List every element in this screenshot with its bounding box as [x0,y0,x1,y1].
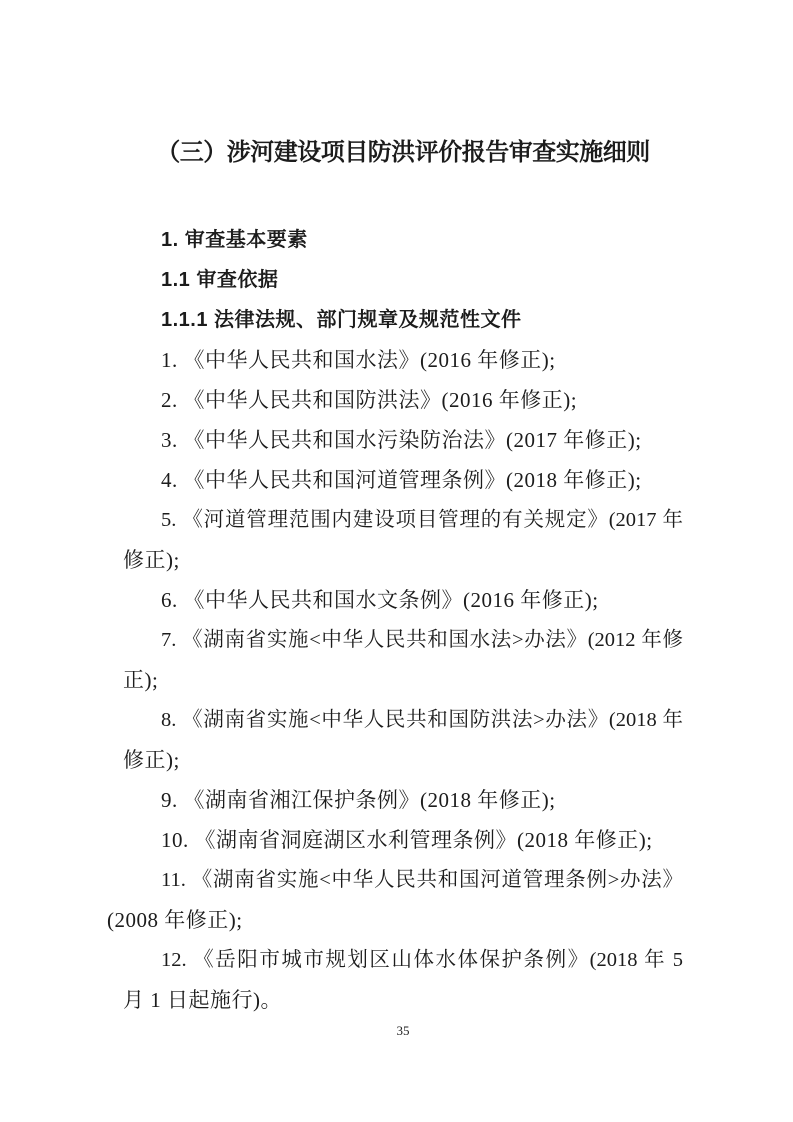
page-number: 35 [123,1022,683,1040]
list-item-line: (2008 年修正); [123,900,683,940]
document-page: （三）涉河建设项目防洪评价报告审查实施细则 1. 审查基本要素1.1 审查依据1… [0,0,793,1122]
list-item-line: 10. 《湖南省洞庭湖区水利管理条例》(2018 年修正); [123,820,683,860]
section-heading: 1.1 审查依据 [123,260,683,300]
list-item-line: 4. 《中华人民共和国河道管理条例》(2018 年修正); [123,460,683,500]
list-item: 11. 《湖南省实施<中华人民共和国河道管理条例>办法》(2008 年修正); [123,860,683,940]
list-item-line: 6. 《中华人民共和国水文条例》(2016 年修正); [123,580,683,620]
list-item: 12. 《岳阳市城市规划区山体水体保护条例》(2018 年 5月 1 日起施行)… [123,940,683,1020]
list-item: 1. 《中华人民共和国水法》(2016 年修正); [123,340,683,380]
list-item: 8. 《湖南省实施<中华人民共和国防洪法>办法》(2018 年修正); [123,700,683,780]
list-item: 6. 《中华人民共和国水文条例》(2016 年修正); [123,580,683,620]
list-item-line: 修正); [123,740,683,780]
document-body: 1. 审查基本要素1.1 审查依据1.1.1 法律法规、部门规章及规范性文件1.… [123,220,683,1020]
page-title: （三）涉河建设项目防洪评价报告审查实施细则 [123,136,683,170]
list-item-line: 1. 《中华人民共和国水法》(2016 年修正); [123,340,683,380]
section-heading: 1.1.1 法律法规、部门规章及规范性文件 [123,300,683,340]
list-item-line: 12. 《岳阳市城市规划区山体水体保护条例》(2018 年 5 [123,940,683,980]
section-heading: 1. 审查基本要素 [123,220,683,260]
list-item-line: 5. 《河道管理范围内建设项目管理的有关规定》(2017 年 [123,500,683,540]
list-item-line: 7. 《湖南省实施<中华人民共和国水法>办法》(2012 年修 [123,620,683,660]
list-item-line: 正); [123,660,683,700]
list-item-line: 月 1 日起施行)。 [123,980,683,1020]
list-item-line: 2. 《中华人民共和国防洪法》(2016 年修正); [123,380,683,420]
list-item-line: 9. 《湖南省湘江保护条例》(2018 年修正); [123,780,683,820]
list-item: 3. 《中华人民共和国水污染防治法》(2017 年修正); [123,420,683,460]
list-item-line: 8. 《湖南省实施<中华人民共和国防洪法>办法》(2018 年 [123,700,683,740]
list-item-line: 11. 《湖南省实施<中华人民共和国河道管理条例>办法》 [123,860,683,900]
list-item-line: 3. 《中华人民共和国水污染防治法》(2017 年修正); [123,420,683,460]
list-item: 2. 《中华人民共和国防洪法》(2016 年修正); [123,380,683,420]
list-item: 5. 《河道管理范围内建设项目管理的有关规定》(2017 年修正); [123,500,683,580]
list-item: 9. 《湖南省湘江保护条例》(2018 年修正); [123,780,683,820]
list-item: 4. 《中华人民共和国河道管理条例》(2018 年修正); [123,460,683,500]
list-item: 10. 《湖南省洞庭湖区水利管理条例》(2018 年修正); [123,820,683,860]
list-item-line: 修正); [123,540,683,580]
list-item: 7. 《湖南省实施<中华人民共和国水法>办法》(2012 年修正); [123,620,683,700]
